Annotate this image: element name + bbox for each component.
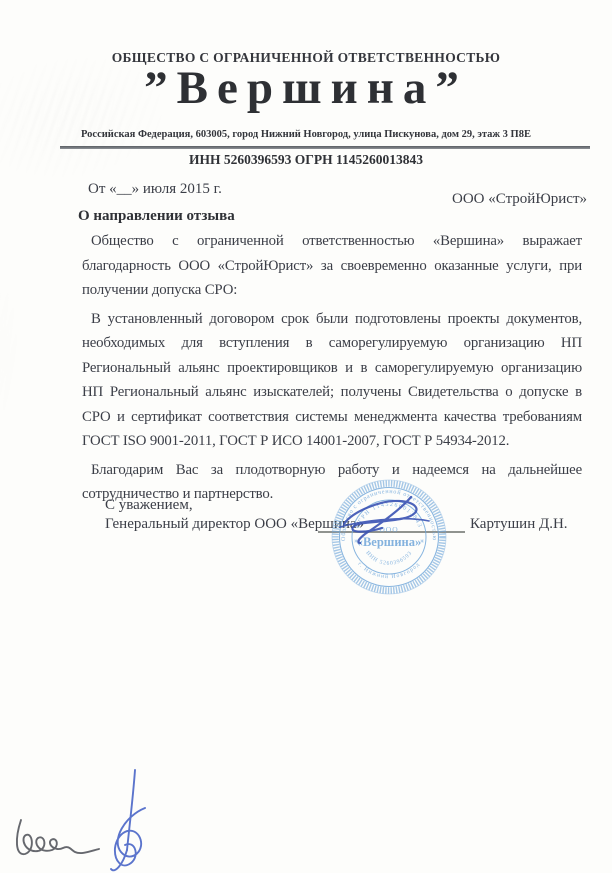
company-address-line: Российская Федерация, 603005, город Нижн… [0,129,612,140]
svg-text:ИНН 5260396593: ИНН 5260396593 [364,550,413,567]
stamp-star-right: ✳ [420,538,425,545]
letter-body: Общество с ограниченной ответственностью… [82,229,582,511]
scanned-letter-page: ОБЩЕСТВО С ОГРАНИЧЕННОЙ ОТВЕТСТВЕННОСТЬЮ… [0,0,612,873]
signatory-name: Картушин Д.Н. [470,516,568,533]
requisites-line: ИНН 5260396593 ОГРН 1145260013843 [0,152,612,168]
pencil-smudge-artifact [0,5,253,239]
header-divider-rule [60,146,590,149]
scan-edge-smudge [0,240,32,460]
stamp-center-ooo: ООО [379,525,398,534]
company-name-title: ”Вершина” [0,62,612,114]
stamp-center-name: «Вершина» [357,535,422,549]
date-line: От «__» июля 2015 г. [88,181,222,198]
body-paragraph: Общество с ограниченной ответственностью… [82,229,582,303]
addressee-line: ООО «СтройЮрист» [452,191,587,208]
handwritten-note-gray [17,820,99,854]
company-stamp: Общество с ограниченной ответственностью… [320,470,470,610]
body-paragraph: В установленный договором срок были подг… [82,307,582,454]
stamp-inn-arc-text: ИНН 5260396593 [364,550,413,567]
closing-line: С уважением, [105,497,193,514]
subject-line: О направлении отзыва [78,208,235,225]
handwritten-notes [5,758,190,873]
handwritten-note-blue [111,770,145,870]
